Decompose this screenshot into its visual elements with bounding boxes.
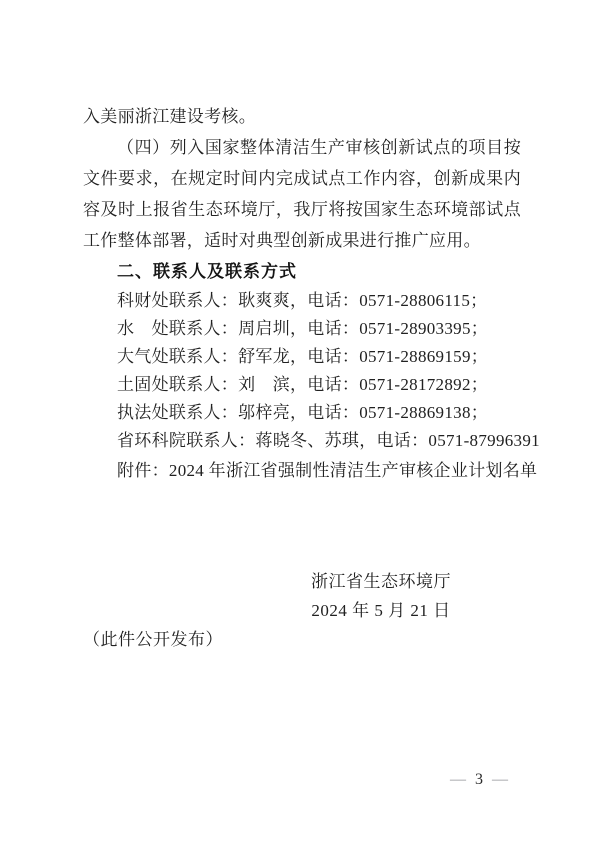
page-number-dash-right: —	[492, 771, 508, 788]
signature-block: 浙江省生态环境厅 2024 年 5 月 21 日	[241, 567, 521, 625]
continuation-line: 入美丽浙江建设考核。	[83, 101, 521, 132]
contact-line-soil-solid: 土固处联系人：刘 滨，电话：0571-28172892；	[83, 371, 521, 399]
contact-line-enforcement: 执法处联系人：邬梓亮，电话：0571-28869138；	[83, 399, 521, 427]
section-heading: 二、联系人及联系方式	[83, 256, 521, 287]
contact-line-water: 水 处联系人：周启圳，电话：0571-28903395；	[83, 315, 521, 343]
document-content: 入美丽浙江建设考核。 （四）列入国家整体清洁生产审核创新试点的项目按文件要求，在…	[83, 101, 521, 654]
signature-org: 浙江省生态环境厅	[241, 567, 521, 596]
public-release-note: （此件公开发布）	[83, 625, 521, 654]
contact-line-kecai: 科财处联系人：耿爽爽，电话：0571-28806115；	[83, 287, 521, 315]
page-number-value: 3	[466, 771, 492, 788]
contact-line-provincial-academy: 省环科院联系人：蒋晓冬、苏琪，电话：0571-87996391	[83, 427, 521, 455]
contact-line-atmosphere: 大气处联系人：舒军龙，电话：0571-28869159；	[83, 343, 521, 371]
document-page: 入美丽浙江建设考核。 （四）列入国家整体清洁生产审核创新试点的项目按文件要求，在…	[0, 0, 600, 848]
signature-date: 2024 年 5 月 21 日	[241, 596, 521, 625]
paragraph-item-4: （四）列入国家整体清洁生产审核创新试点的项目按文件要求，在规定时间内完成试点工作…	[83, 132, 521, 256]
page-number-dash-left: —	[450, 771, 466, 788]
page-number: —3—	[429, 770, 529, 790]
attachment-line: 附件：2024 年浙江省强制性清洁生产审核企业计划名单	[83, 455, 521, 486]
